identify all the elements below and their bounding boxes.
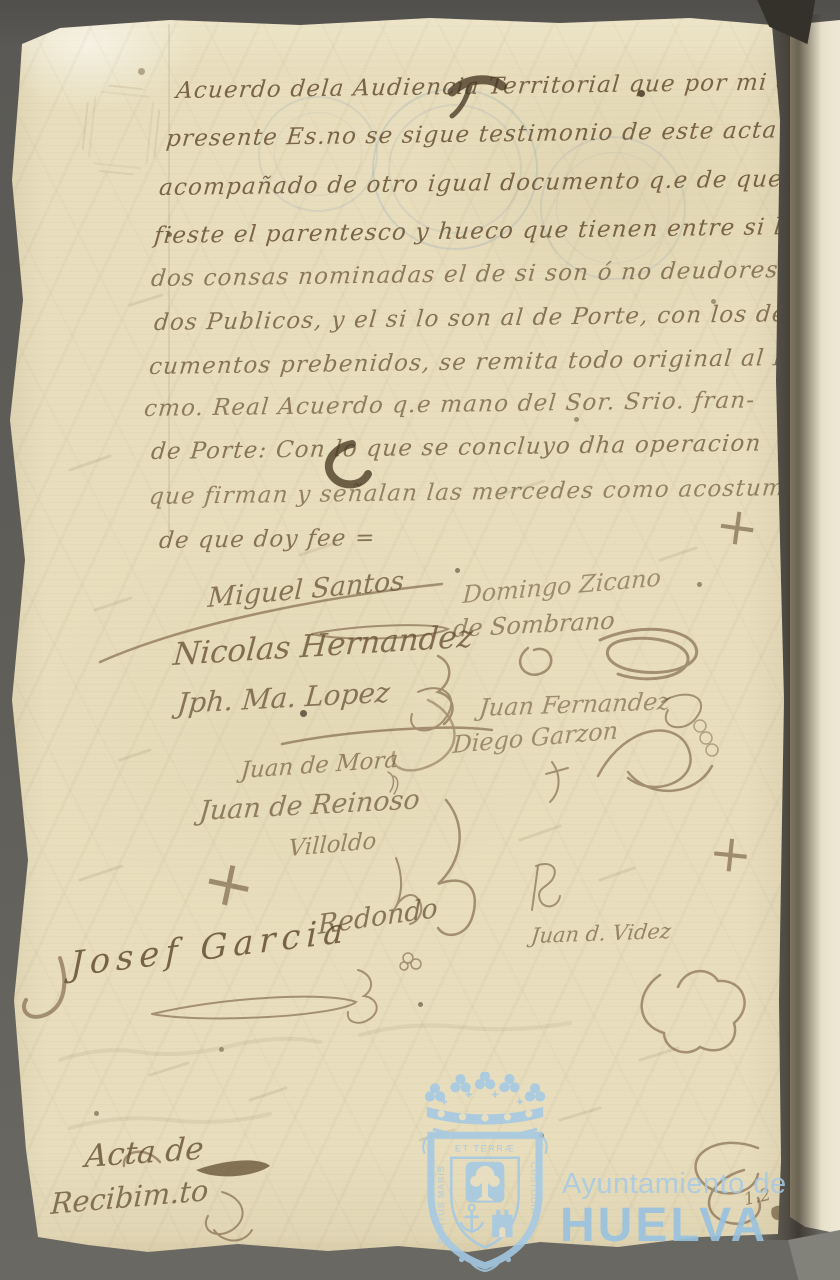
watermark-motto-right: CUSTODIA <box>529 1162 539 1215</box>
scanned-manuscript-photo: Acuerdo dela Audiencia Territorial que p… <box>0 0 840 1280</box>
watermark-org-name: HUELVA <box>560 1198 768 1253</box>
ink-specks <box>0 0 3 3</box>
watermark-org-prefix: Ayuntamiento de <box>562 1168 787 1201</box>
huelva-coat-of-arms: ET TERRÆ PORTUS MARIS CUSTODIA <box>420 1072 550 1272</box>
watermark-motto-top: ET TERRÆ <box>455 1144 515 1154</box>
watermark-motto-left: PORTUS MARIS <box>436 1165 446 1243</box>
